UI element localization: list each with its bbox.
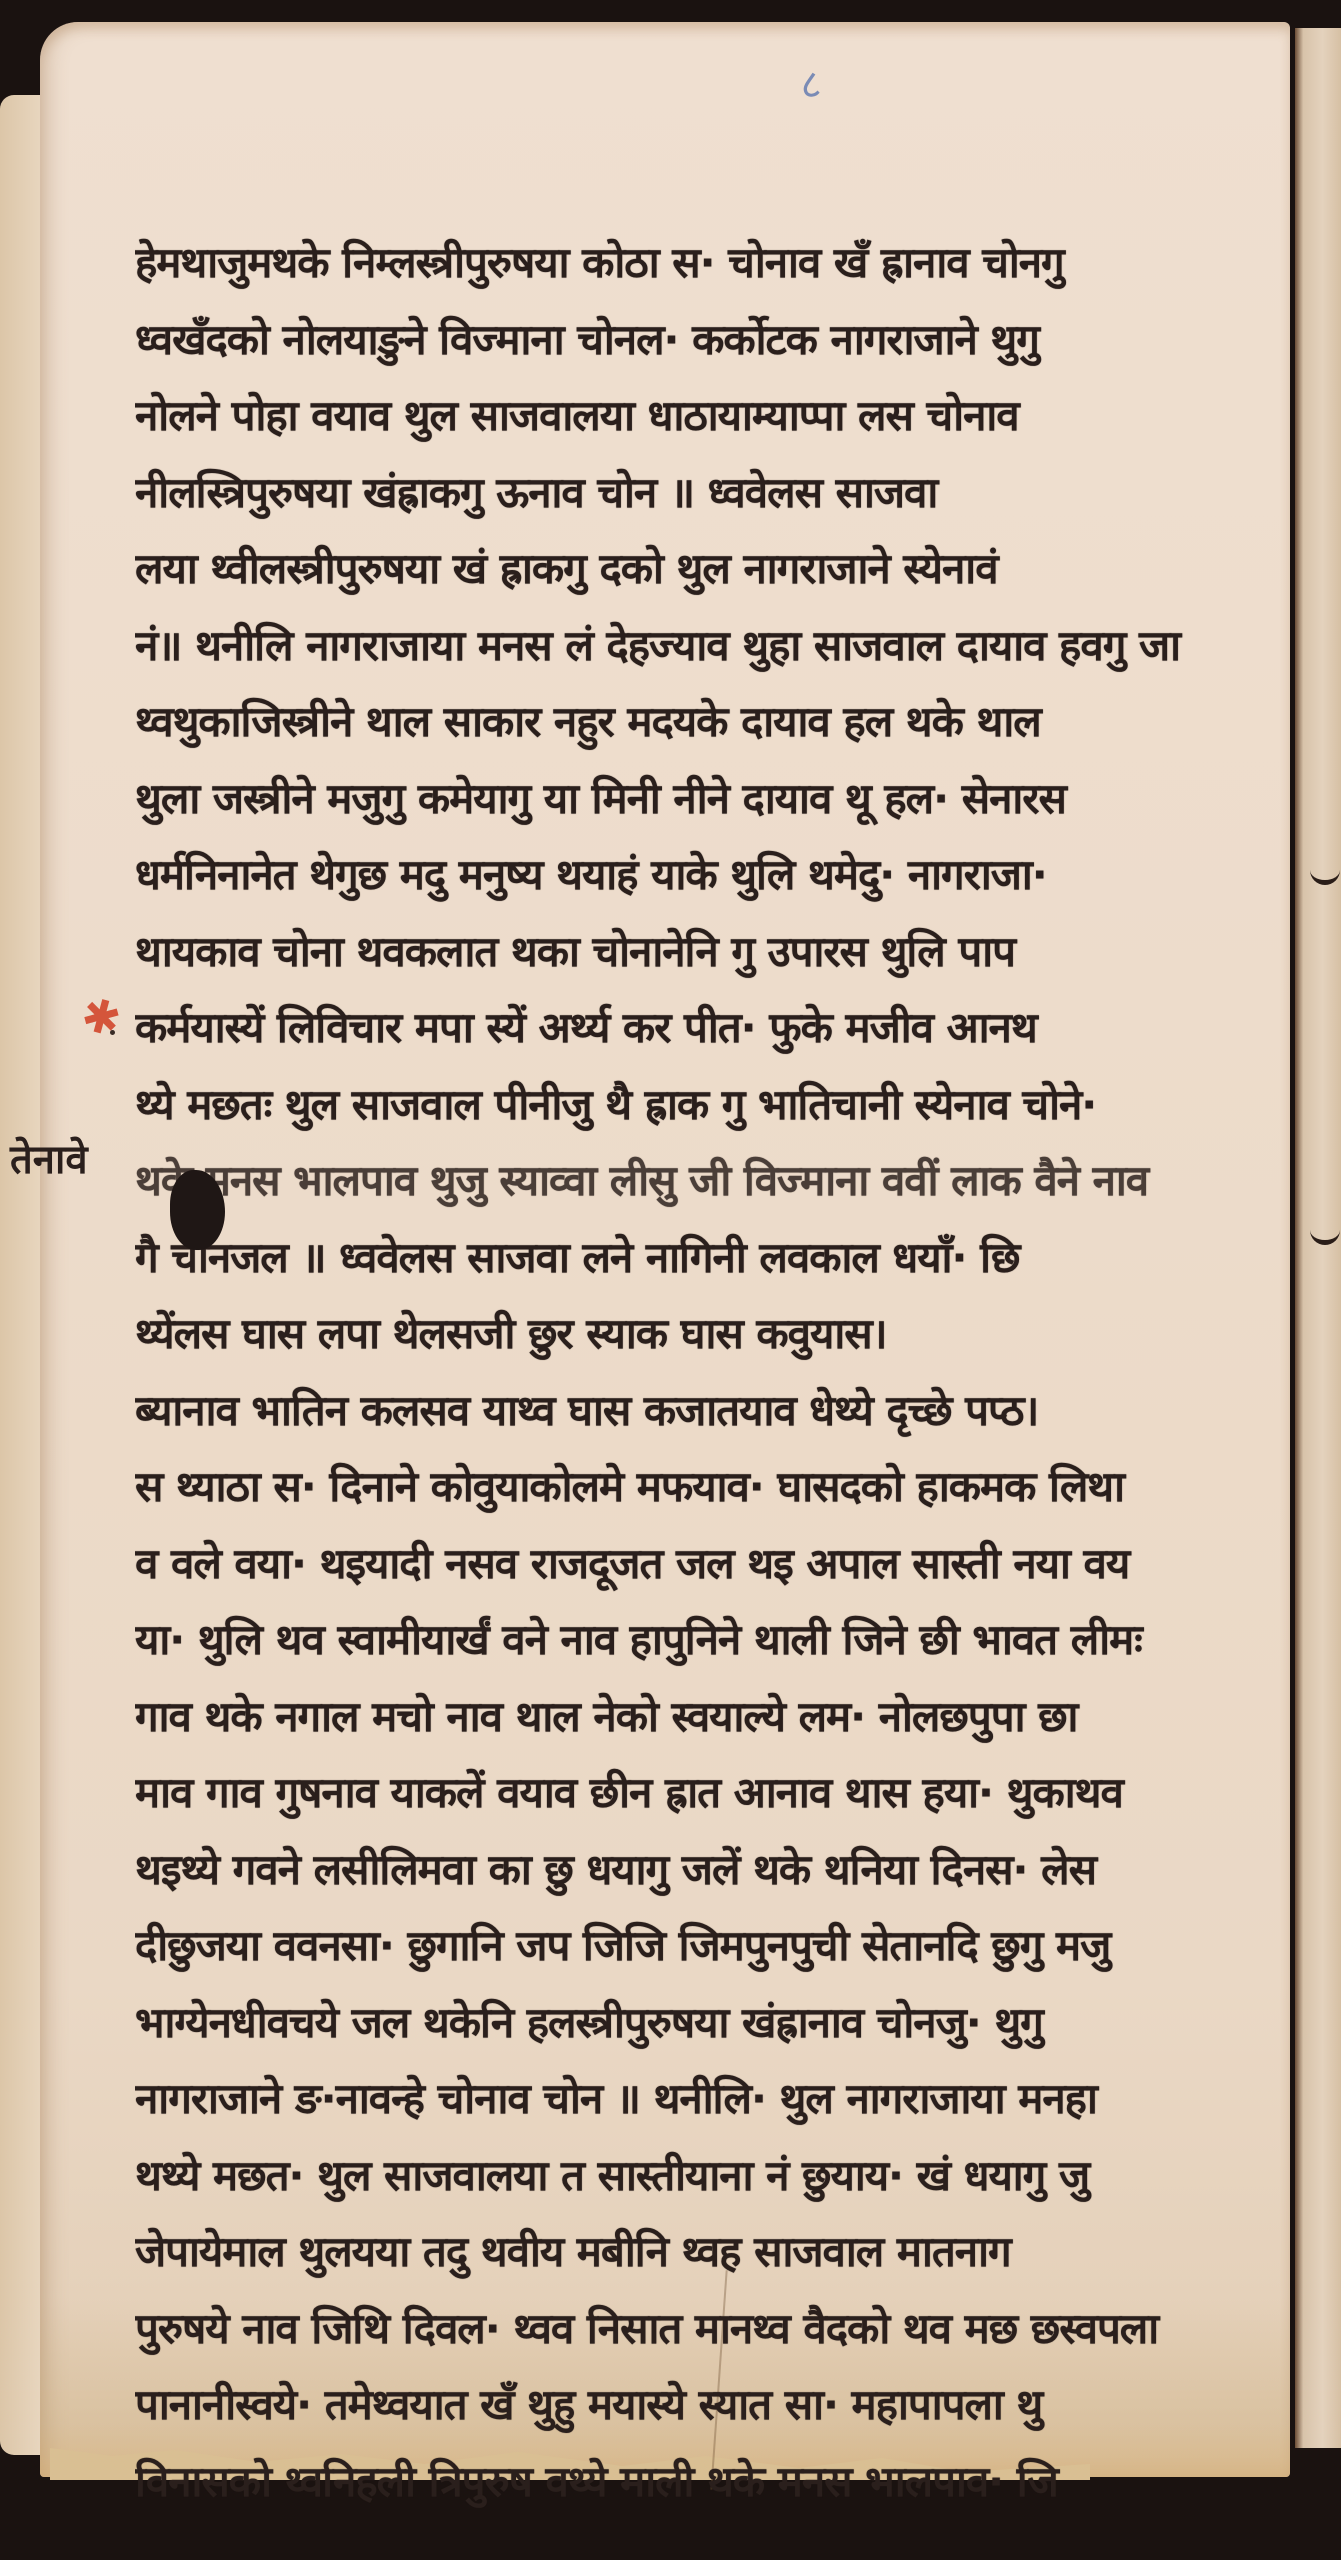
- margin-note: तेनावे: [10, 1130, 88, 1185]
- text-line: नोलने पोहा वयाव थुल साजवालया धाठायाम्याप…: [135, 378, 1295, 455]
- text-line: या· थुलि थव स्वामीयार्खं वने नाव हापुनिन…: [135, 1602, 1295, 1679]
- text-line: हेमथाजुमथके निम्लस्त्रीपुरुषया कोठा स· च…: [135, 225, 1295, 302]
- manuscript-photo: ८ ✱ तेनावे हेमथाजुमथके निम्लस्त्रीपुरुषय…: [0, 0, 1341, 2560]
- text-line: पानानीस्वये· तमेथ्वयात खँ थुहु मयास्ये स…: [135, 2367, 1295, 2444]
- text-line: थ्येंलस घास लपा थेलसजी छुर स्याक घास कवु…: [135, 1296, 1295, 1373]
- text-line: भाग्येनधीवचये जल थकेनि हलस्त्रीपुरुषया ख…: [135, 1985, 1295, 2062]
- text-line: जेपायेमाल थुलयया तदु थवीय मबीनि थ्वह साज…: [135, 2214, 1295, 2291]
- text-line: थ्ये मछतः थुल साजवाल पीनीजु थै ह्राक गु …: [135, 1067, 1295, 1144]
- text-line: थके मनस भालपाव थुजु स्याव्वा लीसु जी विज…: [135, 1143, 1295, 1220]
- text-line: थुला जस्त्रीने मजुगु कमेयागु या मिनी नीन…: [135, 761, 1295, 838]
- text-line: पुरुषये नाव जिथि दिवल· थ्वव निसात मानथ्व…: [135, 2291, 1295, 2368]
- text-line: नीलस्त्रिपुरुषया खंह्राकगु ऊनाव चोन ॥ ध्…: [135, 455, 1295, 532]
- text-line: धर्मनिनानेत थेगुछ मदु मनुष्य थयाहं याके …: [135, 837, 1295, 914]
- text-line: थइथ्ये गवने लसीलिमवा का छु धयागु जलें थक…: [135, 1832, 1295, 1909]
- ink-dot: [110, 1030, 115, 1035]
- text-line: नं॥ थनीलि नागराजाया मनस लं देहज्याव थुहा…: [135, 608, 1295, 685]
- text-line: गै चोनजल ॥ ध्ववेलस साजवा लने नागिनी लवका…: [135, 1220, 1295, 1297]
- text-line: थथ्ये मछत· थुल साजवालया त सास्तीयाना नं …: [135, 2138, 1295, 2215]
- text-line: ब्यानाव भातिन कलसव याथ्व घास कजातयाव धेथ…: [135, 1373, 1295, 1450]
- text-line: लया थ्वीलस्त्रीपुरुषया खं ह्राकगु दको थु…: [135, 531, 1295, 608]
- text-line: विनासको थ्वनिहली त्रिपुरुष वथ्ये माली थक…: [135, 2444, 1295, 2521]
- text-line: कर्मयास्यें लिविचार मपा स्यें अर्थ्य कर …: [135, 990, 1295, 1067]
- text-line: स थ्याठा स· दिनाने कोवुयाकोलमे मफयाव· घा…: [135, 1449, 1295, 1526]
- text-line: व वले वया· थइयादी नसव राजदूजत जल थइ अपाल…: [135, 1526, 1295, 1603]
- ink-blot: [170, 1170, 225, 1250]
- text-line: थ्वथुकाजिस्त्रीने थाल साकार नहुर मदयके द…: [135, 684, 1295, 761]
- text-line: नागराजाने ङ·नावन्हे चोनाव चोन ॥ थनीलि· थ…: [135, 2061, 1295, 2138]
- text-line: ध्वखँदको नोलयाङुने विज्माना चोनल· कर्कोट…: [135, 302, 1295, 379]
- text-line: दीछुजया ववनसा· छुगानि जप जिजि जिमपुनपुची…: [135, 1908, 1295, 1985]
- text-line: थायकाव चोना थवकलात थका चोनानेनि गु उपारस…: [135, 914, 1295, 991]
- text-line: माव गाव गुषनाव याकलें वयाव छीन ह्रात आना…: [135, 1755, 1295, 1832]
- manuscript-text: हेमथाजुमथके निम्लस्त्रीपुरुषया कोठा स· च…: [135, 225, 1295, 2520]
- text-line: गाव थके नगाल मचो नाव थाल नेको स्वयाल्ये …: [135, 1679, 1295, 1756]
